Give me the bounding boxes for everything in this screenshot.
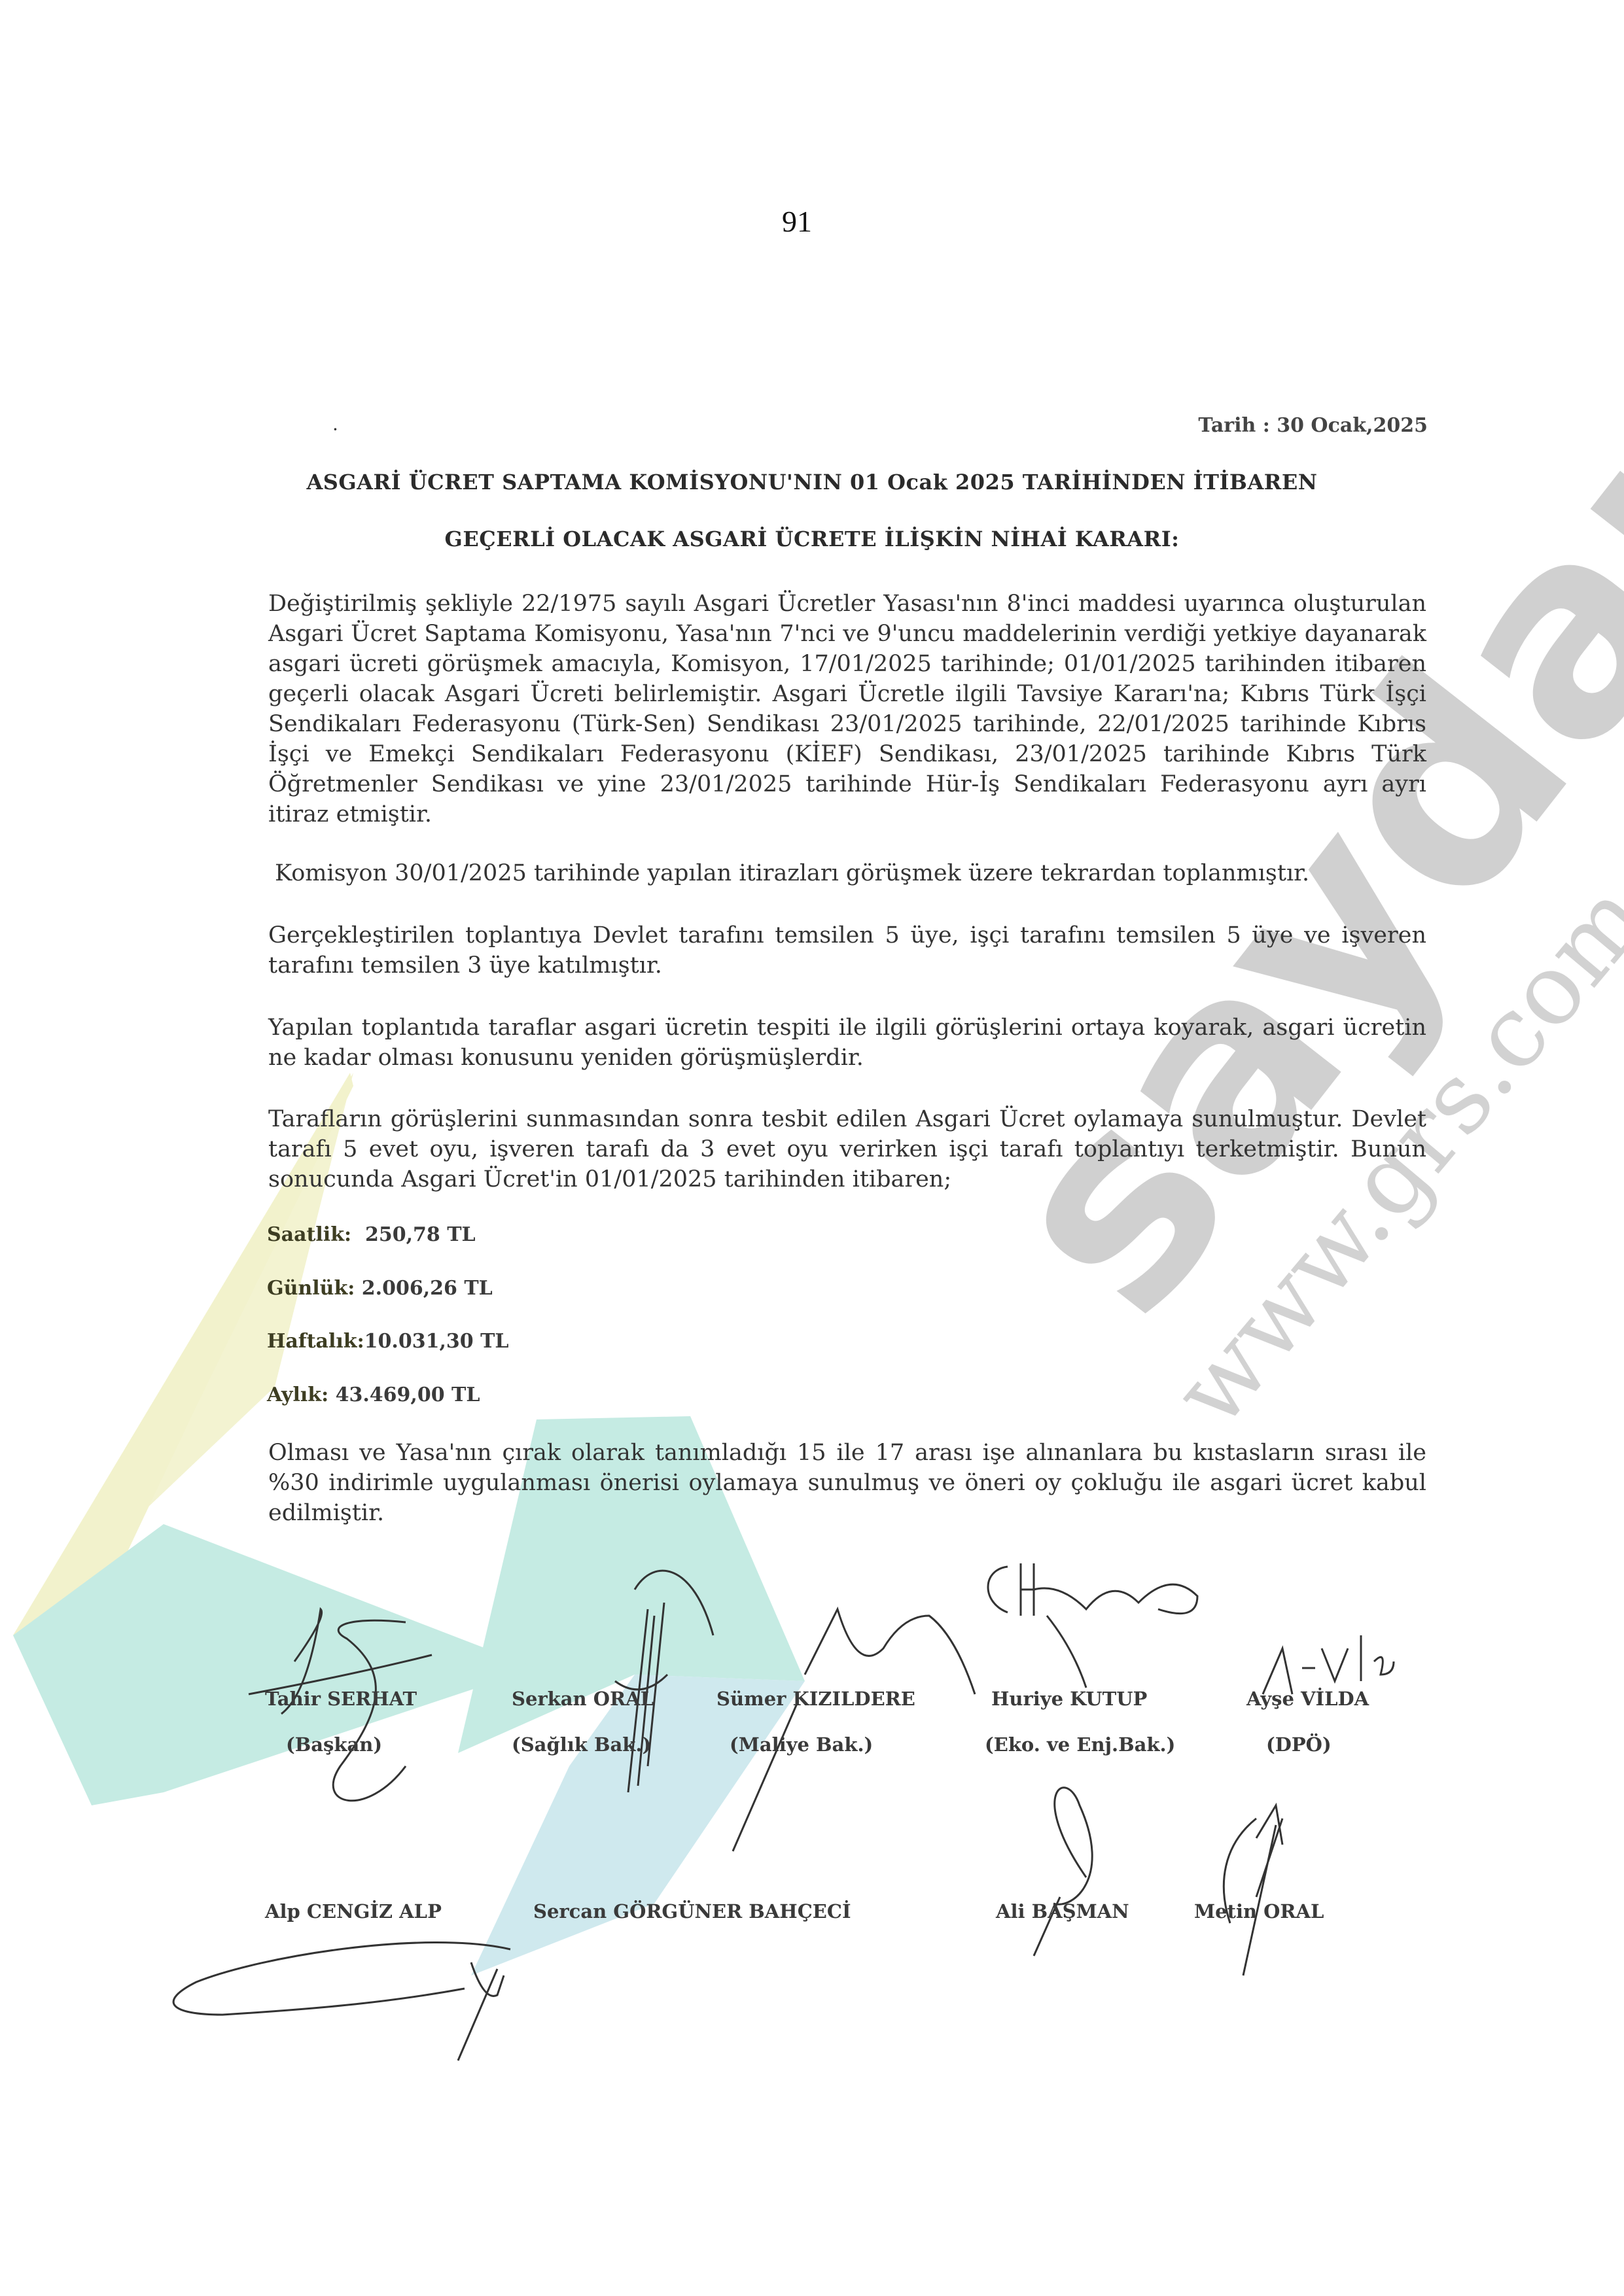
signature-sumer-kizildere	[733, 1609, 975, 1851]
paragraph-discussion: Yapılan toplantıda taraflar asgari ücret…	[268, 1013, 1426, 1073]
signatory-name: Metin ORAL	[1194, 1900, 1324, 1922]
wage-weekly: Haftalık:10.031,30 TL	[267, 1330, 509, 1353]
signatory-name: Sümer KIZILDERE	[716, 1688, 915, 1710]
signature-ayse-vilda	[1263, 1635, 1394, 1694]
signatory-role: (DPÖ)	[1266, 1733, 1332, 1756]
signature-serkan-oral	[615, 1571, 713, 1792]
signature-metin-oral	[1224, 1805, 1282, 1975]
paragraph-vote: Tarafların görüşlerini sunmasından sonra…	[268, 1104, 1426, 1194]
signatory-name: Sercan GÖRGÜNER BAHÇECİ	[533, 1900, 851, 1922]
paragraph-decision: Olması ve Yasa'nın çırak olarak tanımlad…	[268, 1438, 1426, 1528]
signature-huriye-kutup	[988, 1563, 1197, 1688]
document-title-line-2: GEÇERLİ OLACAK ASGARİ ÜCRETE İLİŞKİN NİH…	[196, 527, 1428, 551]
signatory-name: Huriye KUTUP	[991, 1688, 1147, 1710]
scan-artifact: ·	[332, 419, 338, 440]
wage-monthly: Aylık: 43.469,00 TL	[267, 1383, 480, 1406]
document-title-line-1: ASGARİ ÜCRET SAPTAMA KOMİSYONU'NIN 01 Oc…	[196, 470, 1428, 495]
signature-ali-basman	[1034, 1788, 1092, 1956]
signatory-role: (Başkan)	[286, 1733, 382, 1756]
watermark-blue-shape	[471, 1675, 805, 1975]
paragraph-meeting: Komisyon 30/01/2025 tarihinde yapılan it…	[275, 858, 1433, 888]
page-number: 91	[782, 204, 812, 239]
signatory-role: (Eko. ve Enj.Bak.)	[985, 1733, 1175, 1756]
watermark-teal-shape-3	[13, 1524, 164, 1805]
signatory-name: Alp CENGİZ ALP	[265, 1900, 442, 1922]
signatory-name: Tahir SERHAT	[265, 1688, 417, 1710]
paragraph-background: Değiştirilmiş şekliyle 22/1975 sayılı As…	[268, 589, 1426, 829]
paragraph-attendance: Gerçekleştirilen toplantıya Devlet taraf…	[268, 920, 1426, 981]
wage-hourly: Saatlik: 250,78 TL	[267, 1223, 476, 1246]
signatory-name: Serkan ORAL	[512, 1688, 654, 1710]
signatory-name: Ayşe VİLDA	[1246, 1688, 1369, 1710]
signatory-name: Ali BAŞMAN	[996, 1900, 1129, 1922]
signatory-role: (Maliye Bak.)	[730, 1733, 873, 1756]
wage-daily: Günlük: 2.006,26 TL	[267, 1277, 493, 1300]
signatory-role: (Sağlık Bak.)	[512, 1733, 651, 1756]
signature-alp-cengiz-alp	[173, 1943, 510, 2061]
document-date: Tarih : 30 Ocak,2025	[1198, 414, 1428, 437]
